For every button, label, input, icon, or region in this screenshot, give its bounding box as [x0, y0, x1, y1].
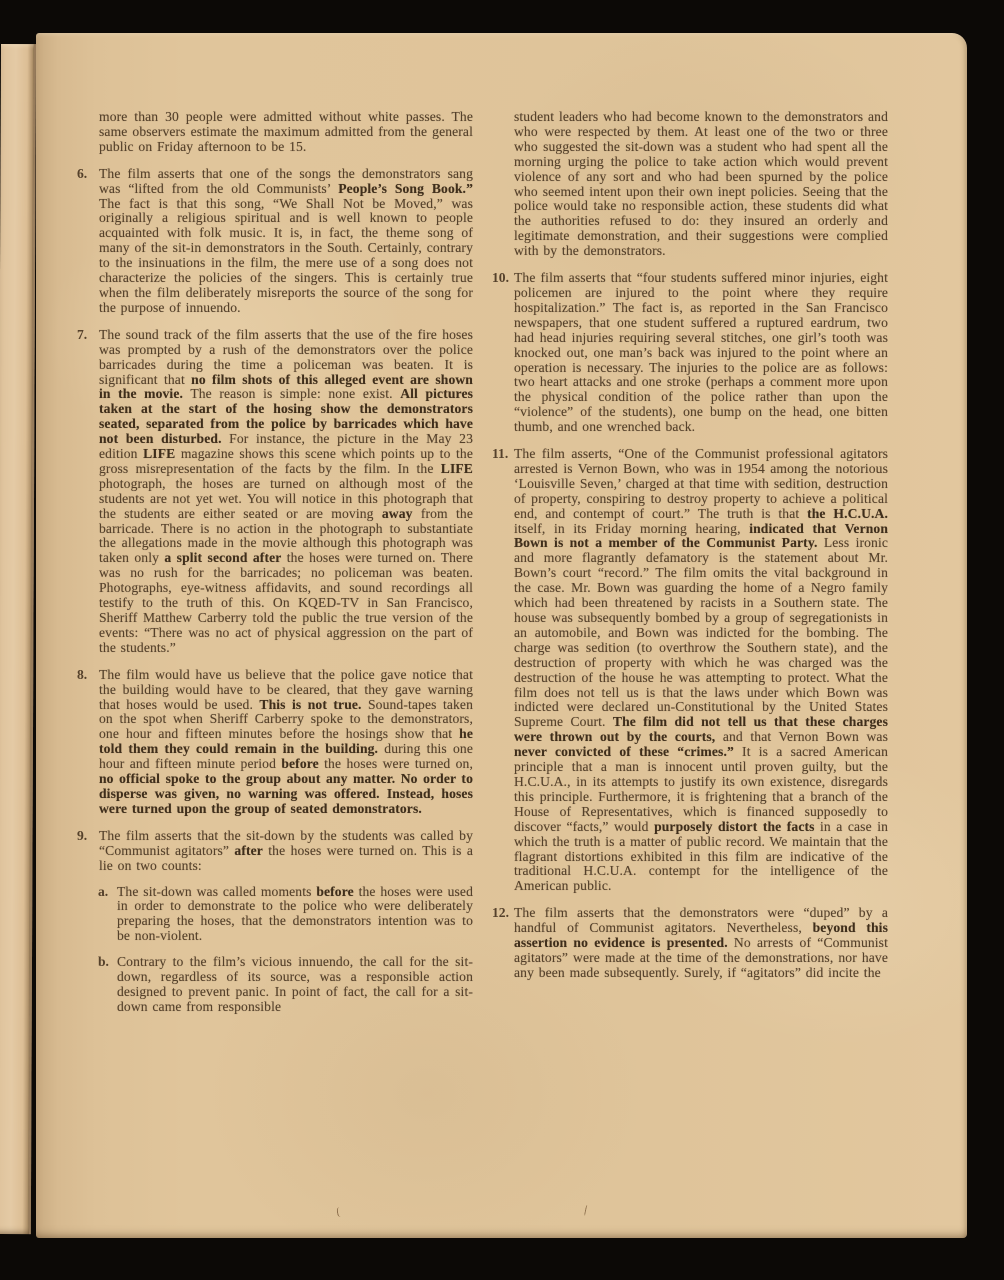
item-12: 12.The film asserts that the demonstrato…	[484, 906, 888, 981]
paragraph-continuation: student leaders who had become known to …	[484, 110, 888, 259]
item-a: a.The sit-down was called moments before…	[98, 885, 473, 945]
item-paragraph: more than 30 people were admitted withou…	[99, 110, 473, 155]
item-marker: 8.	[69, 668, 99, 817]
item-7: 7.The sound track of the film asserts th…	[69, 328, 473, 656]
photo-backdrop: more than 30 people were admitted withou…	[0, 0, 1004, 1280]
item-marker	[69, 110, 99, 155]
item-marker: 11.	[484, 447, 514, 894]
item-paragraph: The film asserts that the sit-down by th…	[99, 829, 473, 874]
item-marker	[484, 110, 514, 259]
item-9: 9.The film asserts that the sit-down by …	[69, 829, 473, 874]
item-marker: b.	[98, 955, 117, 1015]
text-columns: more than 30 people were admitted withou…	[0, 0, 1004, 1280]
item-marker: 7.	[69, 328, 99, 656]
item-paragraph: The film asserts that the demonstrators …	[514, 906, 888, 981]
item-marker: 6.	[69, 167, 99, 316]
paragraph-continuation: more than 30 people were admitted withou…	[69, 110, 473, 155]
item-paragraph: student leaders who had become known to …	[514, 110, 888, 259]
item-marker: a.	[98, 885, 117, 945]
item-10: 10.The film asserts that “four students …	[484, 271, 888, 435]
item-marker: 12.	[484, 906, 514, 981]
item-8: 8.The film would have us believe that th…	[69, 668, 473, 817]
item-6: 6.The film asserts that one of the songs…	[69, 167, 473, 316]
item-paragraph: The film would have us believe that the …	[99, 668, 473, 817]
item-11: 11.The film asserts, “One of the Communi…	[484, 447, 888, 894]
item-paragraph: The sit-down was called moments before t…	[117, 885, 473, 945]
item-paragraph: The sound track of the film asserts that…	[99, 328, 473, 656]
column-right: student leaders who had become known to …	[484, 110, 888, 981]
item-b: b.Contrary to the film’s vicious innuend…	[98, 955, 473, 1015]
item-paragraph: The film asserts, “One of the Communist …	[514, 447, 888, 894]
item-paragraph: Contrary to the film’s vicious innuendo,…	[117, 955, 473, 1015]
item-paragraph: The film asserts that “four students suf…	[514, 271, 888, 435]
column-left: more than 30 people were admitted withou…	[69, 110, 473, 1015]
item-paragraph: The film asserts that one of the songs t…	[99, 167, 473, 316]
item-marker: 10.	[484, 271, 514, 435]
item-marker: 9.	[69, 829, 99, 874]
